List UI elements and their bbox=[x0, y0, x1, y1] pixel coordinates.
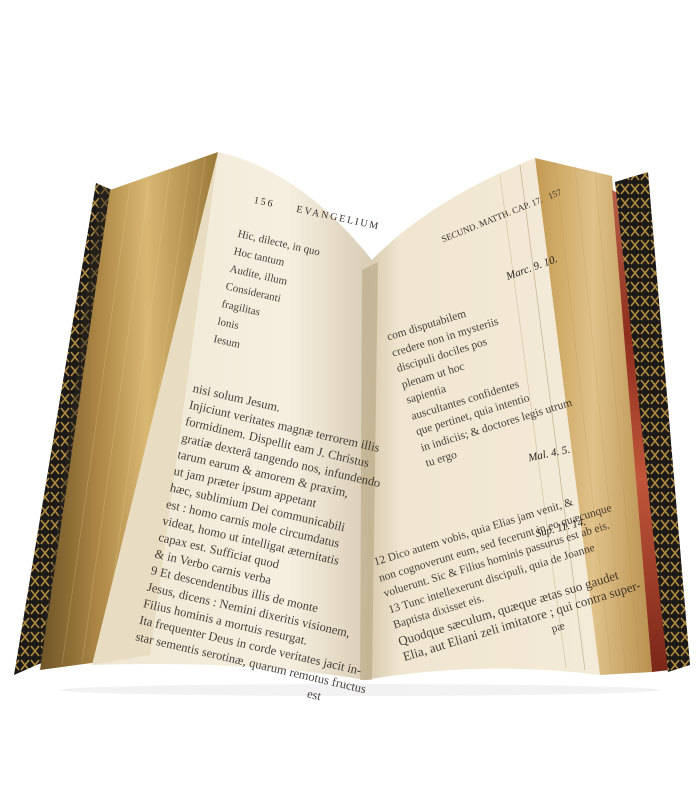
book-photo: 156 EVANGELIUM SECUND. MATTH. CAP. 17. 1… bbox=[0, 0, 700, 800]
